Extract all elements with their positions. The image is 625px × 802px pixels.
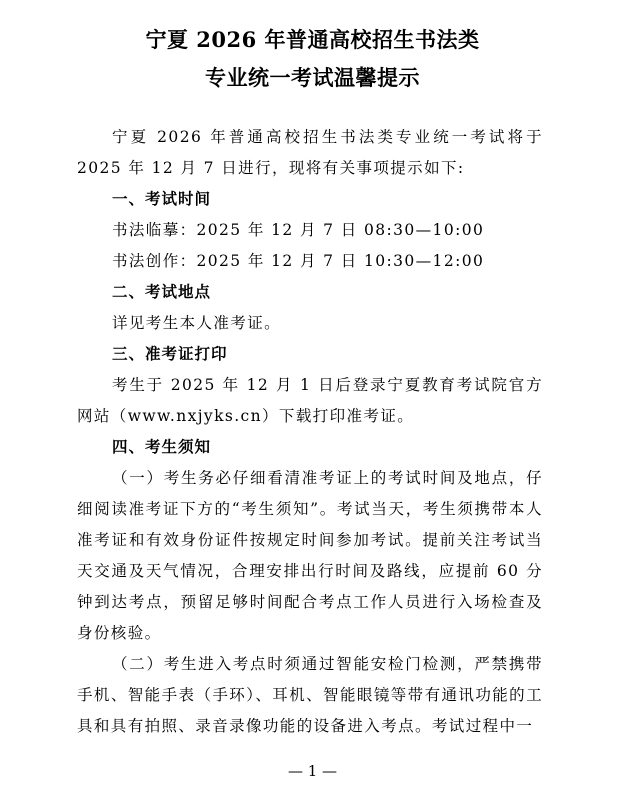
section-heading-admission-ticket: 三、准考证打印	[77, 339, 543, 370]
notice-item-2: （二）考生进入考点时须通过智能安检门检测，严禁携带手机、智能手表（手环）、耳机、…	[77, 649, 543, 742]
section-heading-notice: 四、考生须知	[77, 432, 543, 463]
intro-paragraph: 宁夏 2026 年普通高校招生书法类专业统一考试将于 2025 年 12 月 7…	[77, 122, 543, 184]
location-text: 详见考生本人准考证。	[77, 308, 543, 339]
admission-ticket-text: 考生于 2025 年 12 月 1 日后登录宁夏教育考试院官方网站（www.nx…	[77, 370, 543, 432]
section-heading-location: 二、考试地点	[77, 277, 543, 308]
schedule-creation: 书法创作：2025 年 12 月 7 日 10:30—12:00	[77, 246, 543, 277]
document-title-line-2: 专业统一考试温馨提示	[0, 63, 625, 93]
page-number: — 1 —	[0, 762, 625, 780]
document-title-line-1: 宁夏 2026 年普通高校招生书法类	[0, 25, 625, 55]
document-body: 宁夏 2026 年普通高校招生书法类专业统一考试将于 2025 年 12 月 7…	[77, 122, 543, 742]
section-heading-time: 一、考试时间	[77, 184, 543, 215]
notice-item-1: （一）考生务必仔细看清准考证上的考试时间及地点，仔细阅读准考证下方的“考生须知”…	[77, 463, 543, 649]
schedule-copying: 书法临摹：2025 年 12 月 7 日 08:30—10:00	[77, 215, 543, 246]
